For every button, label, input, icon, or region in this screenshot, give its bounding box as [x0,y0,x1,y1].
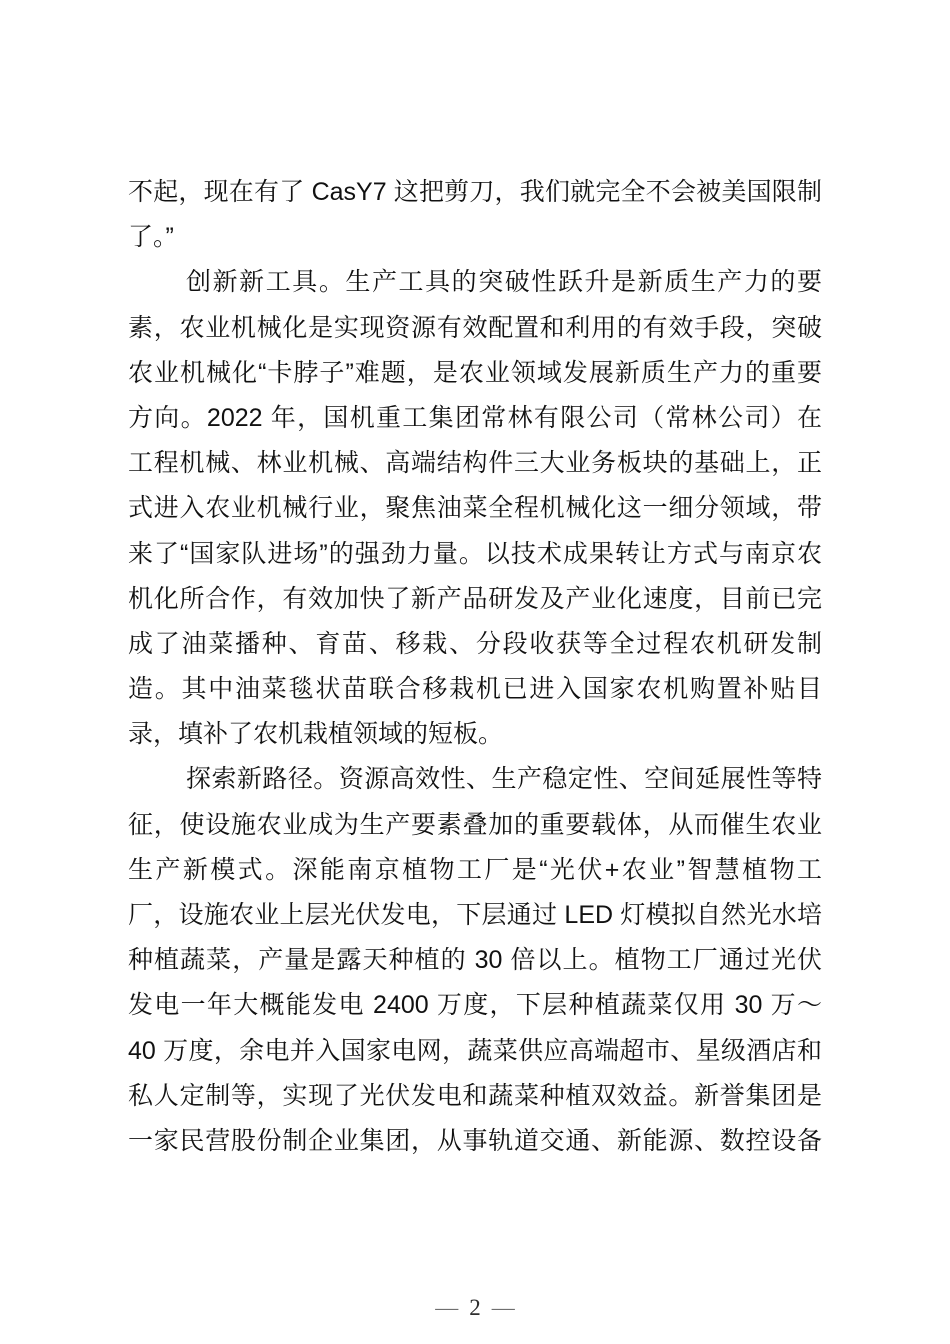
text-line: 厂，设施农业上层光伏发电，下层通过 LED 灯模拟自然光水培 [128,893,822,938]
text-line: 机化所合作，有效加快了新产品研发及产业化速度，目前已完 [128,577,822,622]
text-line: 不起，现在有了 CasY7 这把剪刀，我们就完全不会被美国限制 [128,170,822,215]
text-line: 造。其中油菜毯状苗联合移栽机已进入国家农机购置补贴目 [128,667,822,712]
text-line: 来了“国家队进场”的强劲力量。以技术成果转让方式与南京农 [128,532,822,577]
text-line: 式进入农业机械行业，聚焦油菜全程机械化这一细分领域，带 [128,486,822,531]
document-body: 不起，现在有了 CasY7 这把剪刀，我们就完全不会被美国限制了。”创新新工具。… [128,170,822,1164]
text-line: 创新新工具。生产工具的突破性跃升是新质生产力的要 [128,260,822,305]
text-line: 探索新路径。资源高效性、生产稳定性、空间延展性等特 [128,757,822,802]
page-footer: —2— [0,1293,950,1323]
footer-dash-left: — [435,1295,458,1320]
text-line: 私人定制等，实现了光伏发电和蔬菜种植双效益。新誉集团是 [128,1074,822,1119]
text-line: 农业机械化“卡脖子”难题，是农业领域发展新质生产力的重要 [128,351,822,396]
text-line: 40 万度，余电并入国家电网，蔬菜供应高端超市、星级酒店和 [128,1029,822,1074]
document-page: 不起，现在有了 CasY7 这把剪刀，我们就完全不会被美国限制了。”创新新工具。… [0,0,950,1344]
text-line: 了。” [128,215,822,260]
text-line: 工程机械、林业机械、高端结构件三大业务板块的基础上，正 [128,441,822,486]
page-number: 2 [469,1295,481,1320]
text-line: 发电一年大概能发电 2400 万度，下层种植蔬菜仅用 30 万～ [128,983,822,1028]
text-line: 录，填补了农机栽植领域的短板。 [128,712,822,757]
footer-dash-right: — [492,1295,515,1320]
text-line: 种植蔬菜，产量是露天种植的 30 倍以上。植物工厂通过光伏 [128,938,822,983]
text-line: 生产新模式。深能南京植物工厂是“光伏+农业”智慧植物工 [128,848,822,893]
text-line: 方向。2022 年，国机重工集团常林有限公司（常林公司）在 [128,396,822,441]
text-line: 成了油菜播种、育苗、移栽、分段收获等全过程农机研发制 [128,622,822,667]
text-line: 征，使设施农业成为生产要素叠加的重要载体，从而催生农业 [128,803,822,848]
text-line: 素，农业机械化是实现资源有效配置和利用的有效手段，突破 [128,306,822,351]
text-line: 一家民营股份制企业集团，从事轨道交通、新能源、数控设备 [128,1119,822,1164]
